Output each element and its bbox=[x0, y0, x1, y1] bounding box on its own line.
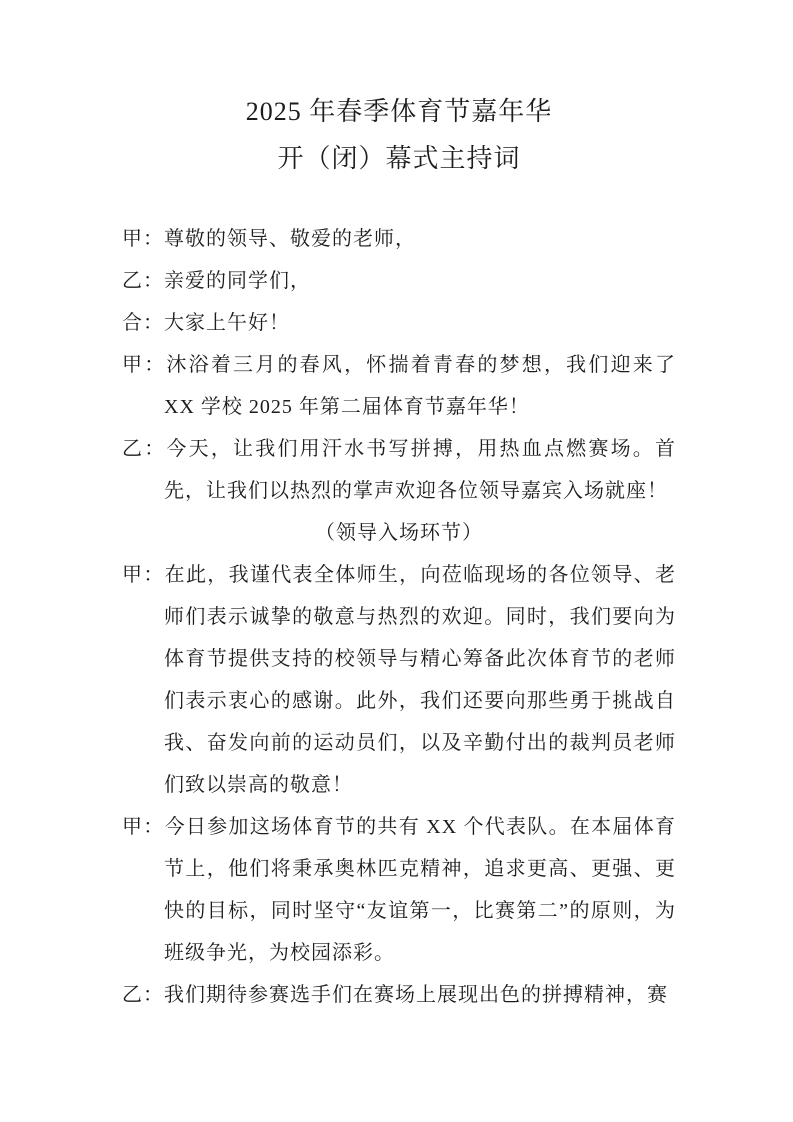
speaker-label: 甲： bbox=[122, 816, 165, 838]
stage-direction: （领导入场环节） bbox=[122, 512, 676, 554]
dialogue-line: 乙：今天，让我们用汗水书写拼搏，用热血点燃赛场。首先，让我们以热烈的掌声欢迎各位… bbox=[122, 428, 676, 512]
dialogue-text: 沐浴着三月的春风，怀揣着青春的梦想，我们迎来了 XX 学校 2025 年第二届体… bbox=[164, 354, 676, 418]
dialogue-line: 甲：沐浴着三月的春风，怀揣着青春的梦想，我们迎来了 XX 学校 2025 年第二… bbox=[122, 344, 676, 428]
dialogue-text: 亲爱的同学们， bbox=[164, 270, 311, 292]
dialogue-text: 我们期待参赛选手们在赛场上展现出色的拼搏精神，赛 bbox=[164, 984, 668, 1006]
dialogue-line: 乙：我们期待参赛选手们在赛场上展现出色的拼搏精神，赛 bbox=[122, 974, 676, 1016]
speaker-label: 甲： bbox=[122, 354, 166, 376]
speaker-label: 甲： bbox=[122, 564, 165, 586]
dialogue-line: 乙：亲爱的同学们， bbox=[122, 260, 676, 302]
dialogue-line: 甲：今日参加这场体育节的共有 XX 个代表队。在本届体育节上，他们将秉承奥林匹克… bbox=[122, 806, 676, 974]
dialogue-text: 尊敬的领导、敬爱的老师， bbox=[164, 228, 416, 250]
speaker-label: 乙： bbox=[122, 270, 164, 292]
document-title-line1: 2025 年春季体育节嘉年华 bbox=[122, 88, 676, 135]
dialogue-line: 甲：尊敬的领导、敬爱的老师， bbox=[122, 218, 676, 260]
dialogue-text: 在此，我谨代表全体师生，向莅临现场的各位领导、老师们表示诚挚的敬意与热烈的欢迎。… bbox=[164, 564, 676, 796]
document-body: 甲：尊敬的领导、敬爱的老师， 乙：亲爱的同学们， 合：大家上午好！ 甲：沐浴着三… bbox=[122, 218, 676, 1016]
dialogue-text: 今天，让我们用汗水书写拼搏，用热血点燃赛场。首先，让我们以热烈的掌声欢迎各位领导… bbox=[164, 438, 676, 502]
dialogue-text: 大家上午好！ bbox=[164, 312, 290, 334]
speaker-label: 合： bbox=[122, 312, 164, 334]
dialogue-text: （领导入场环节） bbox=[315, 522, 483, 544]
dialogue-text: 今日参加这场体育节的共有 XX 个代表队。在本届体育节上，他们将秉承奥林匹克精神… bbox=[164, 816, 676, 964]
dialogue-line: 合：大家上午好！ bbox=[122, 302, 676, 344]
speaker-label: 甲： bbox=[122, 228, 164, 250]
document-page: 2025 年春季体育节嘉年华 开（闭）幕式主持词 甲：尊敬的领导、敬爱的老师， … bbox=[0, 0, 793, 1122]
speaker-label: 乙： bbox=[122, 438, 166, 460]
speaker-label: 乙： bbox=[122, 984, 164, 1006]
document-title-line2: 开（闭）幕式主持词 bbox=[122, 135, 676, 182]
dialogue-line: 甲：在此，我谨代表全体师生，向莅临现场的各位领导、老师们表示诚挚的敬意与热烈的欢… bbox=[122, 554, 676, 806]
document-title: 2025 年春季体育节嘉年华 开（闭）幕式主持词 bbox=[122, 88, 676, 182]
